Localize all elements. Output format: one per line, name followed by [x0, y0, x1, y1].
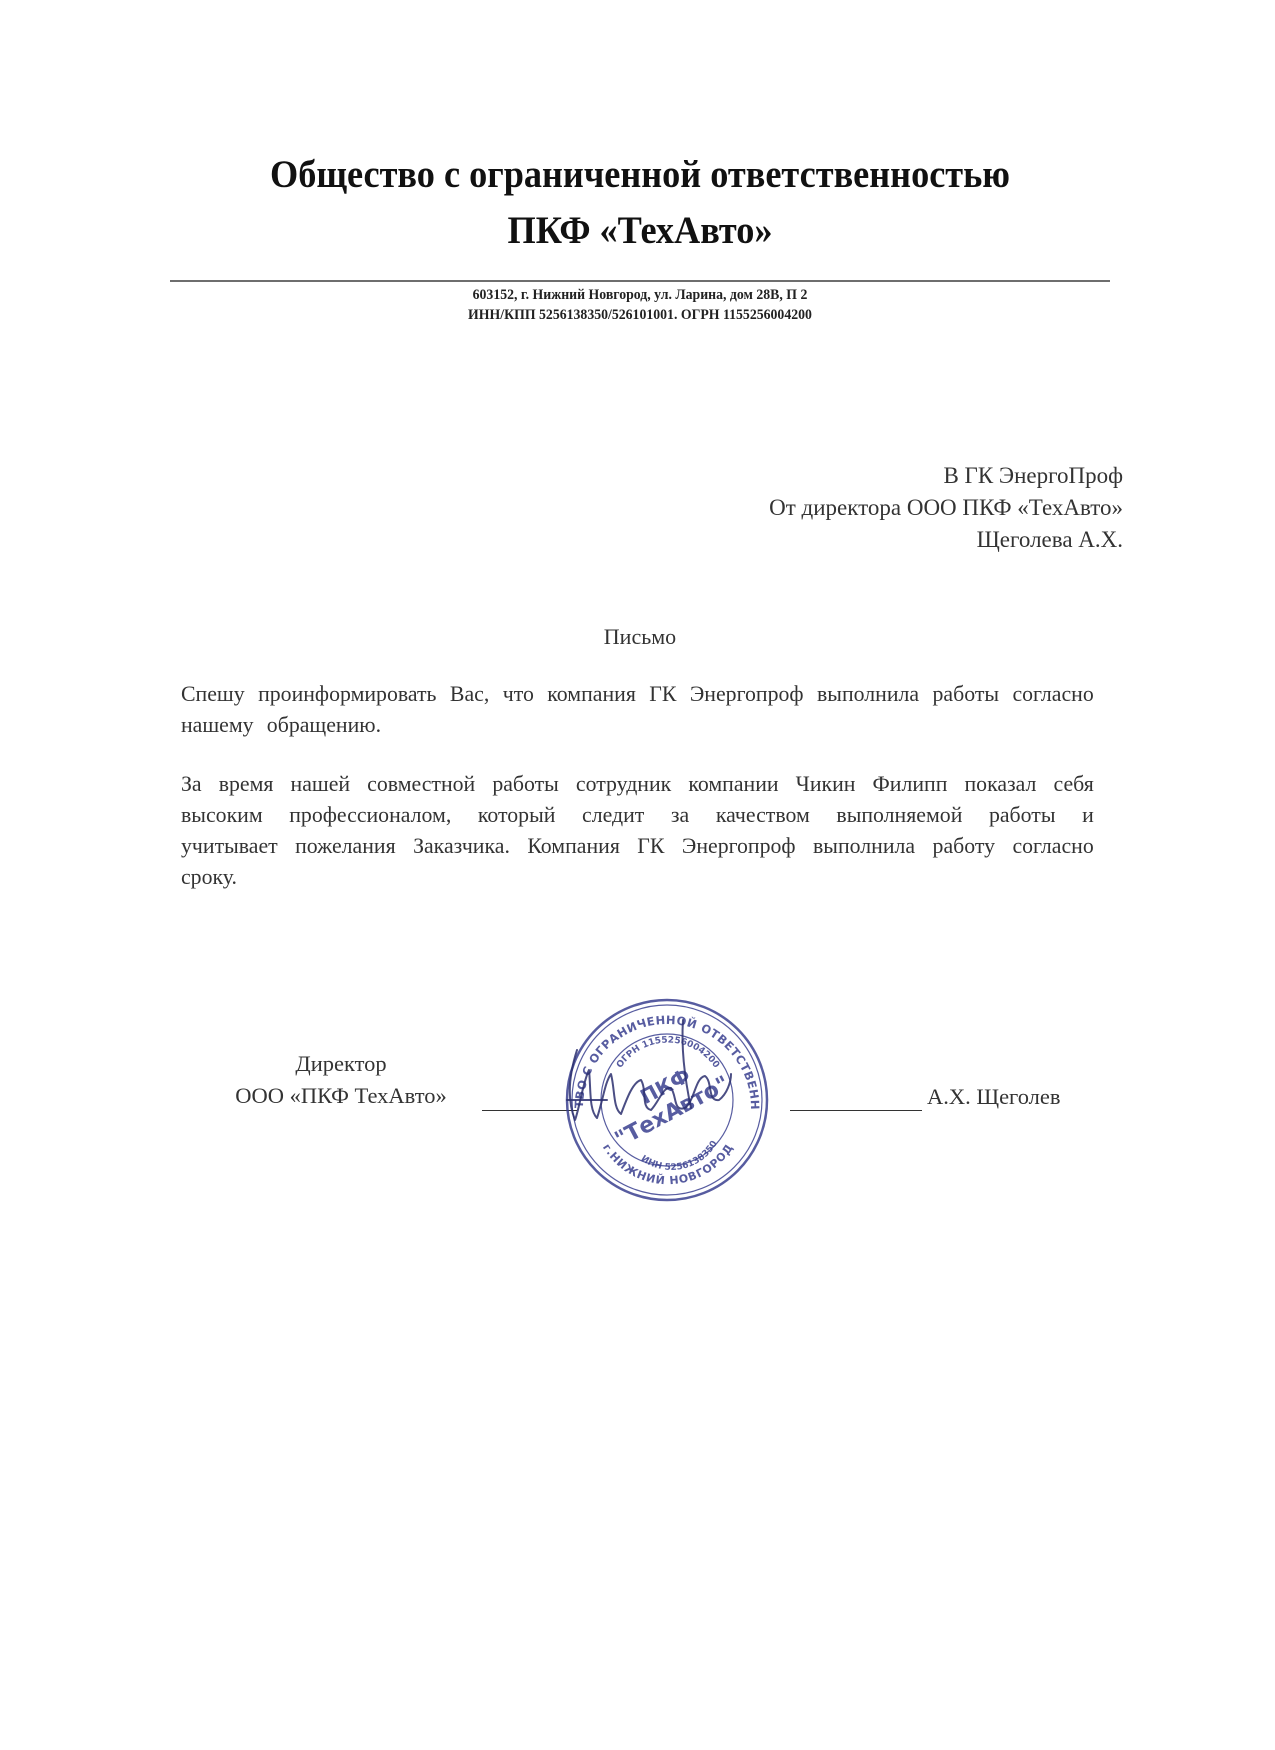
signature-line-right [790, 1110, 922, 1111]
body-paragraph-1: Спешу проинформировать Вас, что компания… [181, 678, 1094, 740]
signature-role: Директор ООО «ПКФ ТехАвто» [206, 1048, 476, 1112]
addressee-from: От директора ООО ПКФ «ТехАвто» [769, 492, 1123, 524]
letter-page: Общество с ограниченной ответственностью… [0, 0, 1275, 1750]
addressee-block: В ГК ЭнергоПроф От директора ООО ПКФ «Те… [769, 460, 1123, 556]
signer-name: А.Х. Щеголев [927, 1084, 1061, 1110]
letterhead-org-form: Общество с ограниченной ответственностью [194, 152, 1087, 197]
letterhead-divider [170, 280, 1110, 282]
addressee-from-name: Щеголева А.Х. [769, 524, 1123, 556]
letterhead-address: 603152, г. Нижний Новгород, ул. Ларина, … [198, 287, 1081, 304]
letterhead-registration: ИНН/КПП 5256138350/526101001. ОГРН 11552… [198, 307, 1081, 324]
letterhead-org-name: ПКФ «ТехАвто» [194, 208, 1087, 253]
document-title: Письмо [160, 624, 1120, 650]
signature-role-title: Директор [206, 1048, 476, 1080]
addressee-to: В ГК ЭнергоПроф [769, 460, 1123, 492]
stamp-ogrn-text: ОГРН 1155256004200 [615, 1035, 721, 1070]
company-stamp-icon: ОБЩЕСТВО С ОГРАНИЧЕННОЙ ОТВЕТСТВЕННОСТЬЮ… [555, 990, 780, 1205]
signature-role-company: ООО «ПКФ ТехАвто» [206, 1080, 476, 1112]
svg-text:ОГРН 1155256004200: ОГРН 1155256004200 [615, 1035, 721, 1070]
body-paragraph-2: За время нашей совместной работы сотрудн… [181, 768, 1094, 892]
